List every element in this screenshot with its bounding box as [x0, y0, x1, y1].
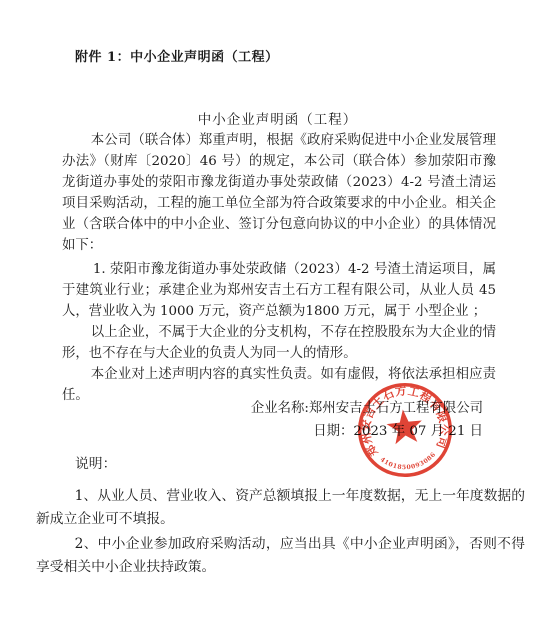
signature-company: 企业名称:郑州安吉土石方工程有限公司 — [251, 397, 483, 420]
notes-section: 1、从业人员、营业收入、资产总额填报上一年度数据，无上一年度数据的新成立企业可不… — [36, 485, 525, 581]
body-paragraph-item-1: 1. 荥阳市豫龙街道办事处荥政储（2023）4-2 号渣土清运项目，属于建筑业行… — [62, 260, 496, 323]
body-text: 本公司（联合体）郑重声明，根据《政府采购促进中小企业发展管理办法》（财库〔202… — [62, 131, 496, 407]
body-paragraph: 以上企业，不属于大企业的分支机构，不存在控股股东为大企业的情形，也不存在与大企业… — [62, 323, 496, 365]
document-title: 中小企业声明函（工程） — [0, 108, 555, 128]
signature-date: 日期：2023 年 07 月 21 日 — [251, 420, 483, 443]
document-page: 附件 1：中小企业声明函（工程） 中小企业声明函（工程） 本公司（联合体）郑重声… — [0, 0, 555, 630]
note-item: 1、从业人员、营业收入、资产总额填报上一年度数据，无上一年度数据的新成立企业可不… — [36, 485, 525, 531]
note-item: 2、中小企业参加政府采购活动，应当出具《中小企业声明函》，否则不得享受相关中小企… — [36, 533, 525, 579]
signature-block: 企业名称:郑州安吉土石方工程有限公司 日期：2023 年 07 月 21 日 — [251, 397, 483, 443]
attachment-title: 附件 1：中小企业声明函（工程） — [75, 46, 279, 65]
notes-heading: 说明： — [75, 452, 116, 472]
seal-serial-text: 4101850093086 — [378, 450, 439, 474]
body-paragraph: 本公司（联合体）郑重声明，根据《政府采购促进中小企业发展管理办法》（财库〔202… — [62, 131, 496, 256]
seal-serial-arc: 4101850093086 — [378, 450, 439, 474]
